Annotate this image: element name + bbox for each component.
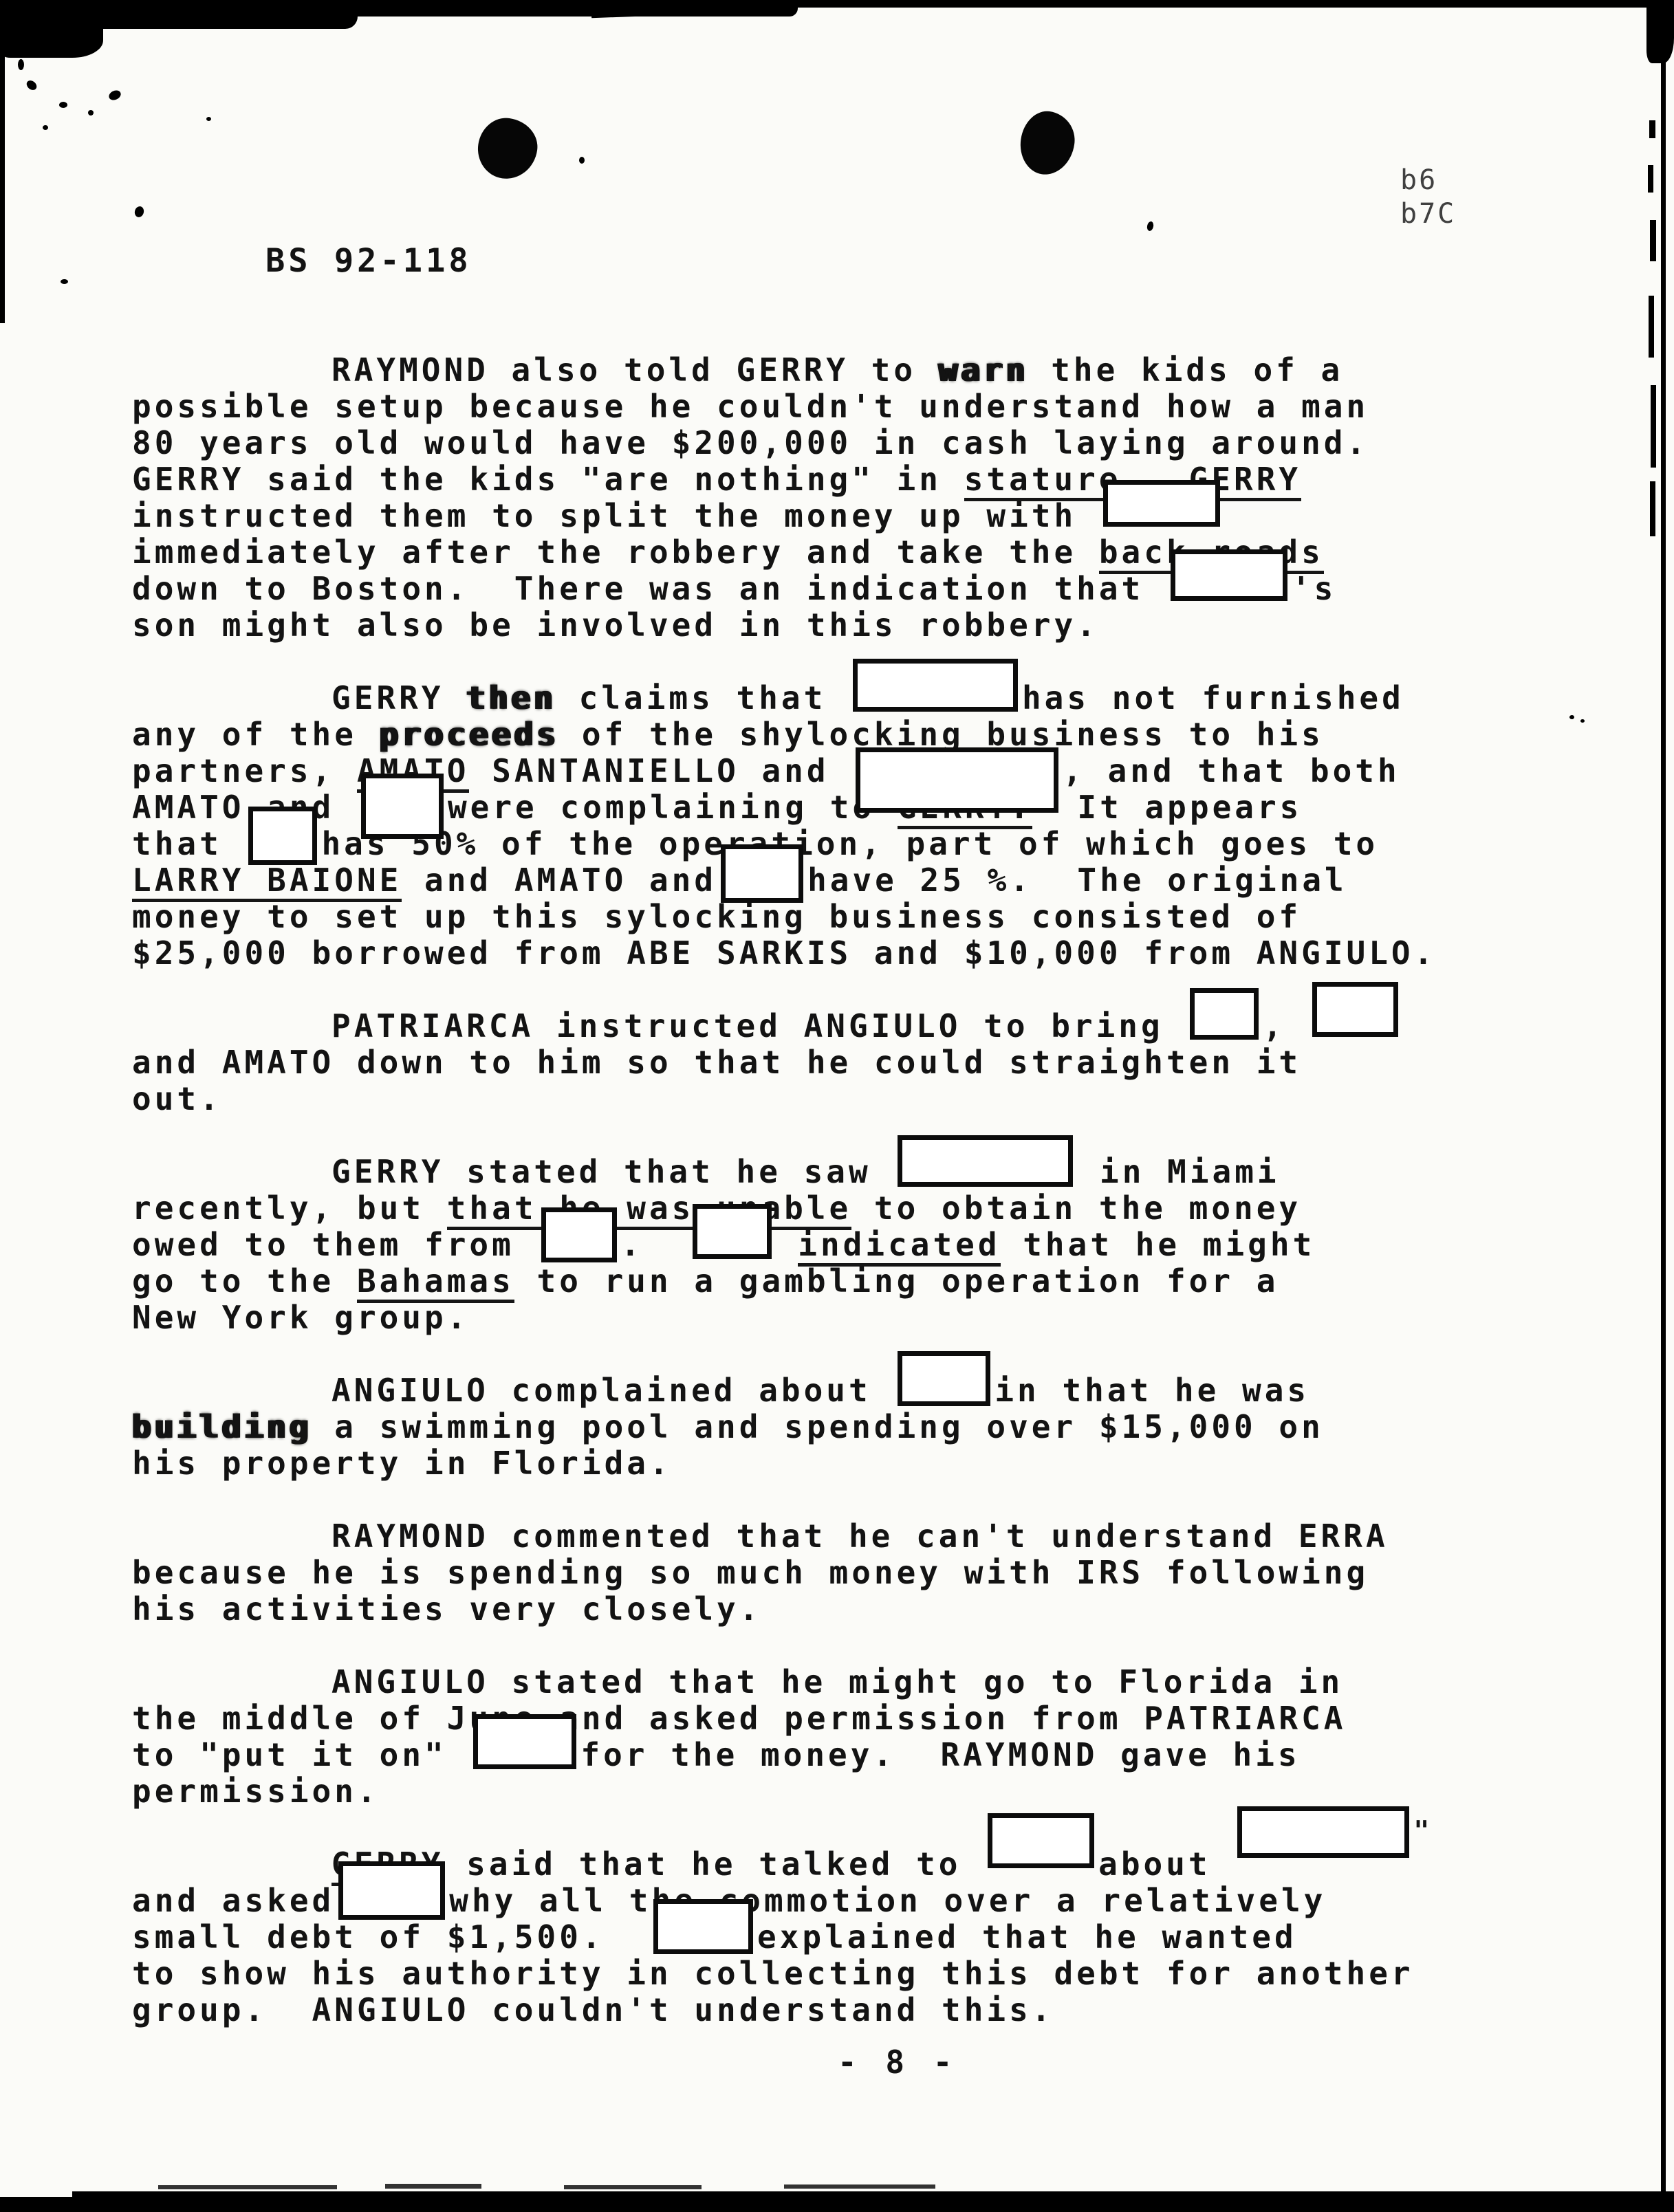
text-line: recently, but that he was unable to obta…: [132, 1190, 1549, 1227]
scan-speckle: [206, 117, 211, 121]
text-run: were complaining to: [448, 789, 898, 826]
text-run: ANGIULO complained about: [331, 1372, 893, 1409]
text-run: GERRY: [331, 679, 466, 716]
scan-edge-left: [0, 0, 5, 323]
text-run: New York group.: [132, 1299, 469, 1336]
file-number: BS 92-118: [265, 242, 472, 280]
text-line: RAYMOND also told GERRY to warn the kids…: [132, 352, 1549, 388]
redaction-box: [1237, 1874, 1409, 1875]
text-run: to run a gambling operation for a: [514, 1262, 1279, 1300]
text-run: out.: [132, 1080, 222, 1117]
smudged-text: then: [466, 679, 556, 716]
scan-speckle: [43, 125, 48, 130]
text-run: GERRY stated that he saw: [331, 1153, 893, 1190]
text-run: 80 years old would have $200,000 in cash…: [132, 424, 1369, 461]
text-line: AMATO and were complaining to GERRY. It …: [132, 789, 1549, 826]
text-run: in Miami: [1077, 1153, 1279, 1190]
text-run: because he is spending so much money wit…: [132, 1554, 1369, 1591]
text-line: possible setup because he couldn't under…: [132, 388, 1549, 425]
text-line: money to set up this sylocking business …: [132, 899, 1549, 935]
paragraph: GERRY said that he talked to about "and …: [132, 1846, 1549, 2028]
text-run: to obtain the money: [851, 1190, 1301, 1227]
text-run: explained that he wanted: [757, 1918, 1297, 1956]
text-run: It appears: [1032, 789, 1302, 826]
scan-edge-right: [1651, 385, 1656, 468]
text-run: .: [621, 1226, 688, 1263]
underlined-text: LARRY BAIONE: [132, 862, 402, 902]
classification-codes: b6 b7C: [1400, 164, 1456, 231]
redaction-box: [856, 781, 1058, 782]
text-run: his activities very closely.: [132, 1590, 761, 1628]
text-run: money to set up this sylocking business …: [132, 898, 1301, 935]
text-line: RAYMOND commented that he can't understa…: [132, 1518, 1549, 1555]
text-line: owed to them from . indicated that he mi…: [132, 1227, 1549, 1263]
text-run: [776, 1226, 798, 1263]
text-run: claims that: [556, 679, 849, 716]
text-line: any of the proceeds of the shylocking bu…: [132, 716, 1549, 753]
redaction-box: [693, 1255, 772, 1256]
text-run: , and that both: [1063, 752, 1400, 789]
text-line: son might also be involved in this robbe…: [132, 607, 1549, 644]
scan-speckle: [1580, 719, 1585, 723]
text-line: small debt of $1,500. explained that he …: [132, 1919, 1549, 1956]
scan-edge-bottom: [385, 2184, 481, 2189]
text-run: immediately after the robbery and take t…: [132, 534, 1099, 571]
underlined-text: that he was unable: [447, 1190, 852, 1230]
text-run: have 25 %. The original: [807, 862, 1347, 899]
text-run: for the money. RAYMOND gave his: [580, 1736, 1300, 1773]
text-run: RAYMOND also told GERRY to: [331, 351, 939, 388]
scan-speckle: [107, 89, 122, 102]
scan-edge-right: [1650, 481, 1655, 536]
scan-speckle: [18, 59, 24, 70]
redaction-box: [1103, 526, 1220, 527]
redaction-box: [1312, 1036, 1398, 1037]
text-line: instructed them to split the money up wi…: [132, 498, 1549, 534]
classification-code-b7c: b7C: [1400, 197, 1456, 231]
redaction-box: [721, 890, 803, 891]
text-line: and askedwhy all the commotion over a re…: [132, 1883, 1549, 1919]
redaction-box: [853, 708, 1018, 709]
text-line: and AMATO down to him so that he could s…: [132, 1044, 1549, 1081]
text-line: 80 years old would have $200,000 in cash…: [132, 425, 1549, 461]
paragraph: PATRIARCA instructed ANGIULO to bring , …: [132, 1008, 1549, 1117]
scan-edge-top: [591, 10, 640, 18]
text-run: has not furnished: [1022, 679, 1404, 716]
scan-edge-right: [1646, 0, 1674, 63]
scan-edge-top: [0, 0, 103, 58]
text-run: why all the commotion over a relatively: [449, 1882, 1326, 1919]
page-number: - 8 -: [838, 2044, 957, 2081]
scan-speckle: [579, 157, 585, 164]
text-run: GERRY said the kids "are nothing" in: [132, 461, 964, 498]
redaction-box: [653, 1947, 753, 1948]
text-run: owed to them from: [132, 1226, 537, 1263]
text-run: down to Boston. There was an indication …: [132, 570, 1166, 607]
scan-edge-right: [1649, 296, 1654, 358]
text-run: in that he was: [994, 1372, 1309, 1409]
scanned-document-page: b6 b7C BS 92-118 RAYMOND also told GERRY…: [0, 0, 1674, 2212]
text-line: his activities very closely.: [132, 1591, 1549, 1628]
text-run: recently, but: [132, 1190, 447, 1227]
text-run: the kids of a: [1029, 351, 1344, 388]
scan-edge-right: [1650, 220, 1656, 261]
scan-edge-right: [1649, 120, 1655, 138]
paragraph: GERRY then claims that has not furnished…: [132, 680, 1549, 972]
text-run: a swimming pool and spending over $15,00…: [312, 1408, 1324, 1445]
redaction-box: [898, 1182, 1073, 1183]
text-line: his property in Florida.: [132, 1445, 1549, 1482]
underlined-text: Bahamas: [357, 1262, 514, 1303]
scan-edge-right: [1648, 165, 1653, 193]
scan-edge-bottom: [784, 2184, 935, 2189]
text-line: PATRIARCA instructed ANGIULO to bring ,: [132, 1008, 1549, 1044]
text-run: the middle of June and asked permission …: [132, 1700, 1347, 1737]
text-run: and asked: [132, 1882, 334, 1919]
redaction-box: [338, 1911, 445, 1912]
scan-speckle: [61, 279, 68, 284]
paragraph: RAYMOND commented that he can't understa…: [132, 1518, 1549, 1628]
text-line: to "put it on" for the money. RAYMOND ga…: [132, 1737, 1549, 1773]
classification-code-b6: b6: [1400, 164, 1456, 197]
scan-speckle: [1146, 221, 1155, 232]
text-line: out.: [132, 1081, 1549, 1117]
paragraph: GERRY stated that he saw in Miamirecentl…: [132, 1154, 1549, 1336]
text-run: SANTANIELLO and: [469, 752, 851, 789]
smudged-text: warn: [939, 351, 1029, 388]
redaction-box: [1190, 1036, 1259, 1037]
scan-edge-bottom: [72, 2191, 1674, 2198]
paragraph: RAYMOND also told GERRY to warn the kids…: [132, 352, 1549, 644]
text-run: that he might: [1001, 1226, 1316, 1263]
text-run: AMATO and: [132, 789, 357, 826]
hole-punch-mark: [1017, 108, 1078, 178]
text-run: ANGIULO stated that he might go to Flori…: [331, 1663, 1343, 1700]
text-run: any of the: [132, 716, 380, 753]
document-body: RAYMOND also told GERRY to warn the kids…: [132, 352, 1549, 2065]
redaction-box: [361, 818, 444, 818]
text-run: go to the: [132, 1262, 357, 1300]
hole-punch-mark: [474, 114, 541, 182]
scan-speckle: [25, 78, 39, 91]
text-line: ANGIULO stated that he might go to Flori…: [132, 1664, 1549, 1700]
text-run: to show his authority in collecting this…: [132, 1955, 1414, 1992]
scan-speckle: [59, 102, 67, 108]
text-line: LARRY BAIONE and AMATO andhave 25 %. The…: [132, 862, 1549, 899]
text-line: GERRY then claims that has not furnished: [132, 680, 1549, 716]
text-line: that has 50% of the operation, part of w…: [132, 826, 1549, 862]
text-line: GERRY stated that he saw in Miami: [132, 1154, 1549, 1190]
paragraph: ANGIULO stated that he might go to Flori…: [132, 1664, 1549, 1810]
text-line: group. ANGIULO couldn't understand this.: [132, 1992, 1549, 2028]
text-run: group. ANGIULO couldn't understand this.: [132, 1991, 1054, 2028]
scan-speckle: [1569, 715, 1574, 719]
text-line: immediately after the robbery and take t…: [132, 534, 1549, 571]
redaction-box: [1171, 599, 1287, 600]
redaction-box: [248, 854, 317, 855]
scan-edge-right: [1661, 41, 1666, 2212]
text-line: down to Boston. There was an indication …: [132, 571, 1549, 607]
redaction-box: [473, 1765, 576, 1766]
smudged-text: building: [132, 1408, 312, 1445]
text-run: has 50% of the operation, part of which …: [321, 825, 1378, 862]
redaction-box: [898, 1401, 990, 1401]
scan-speckle: [88, 110, 94, 116]
smudged-text: proceeds: [380, 716, 560, 753]
scan-speckle: [133, 206, 145, 219]
text-line: permission.: [132, 1773, 1549, 1810]
text-line: partners, AMATO SANTANIELLO and , and th…: [132, 753, 1549, 789]
stray-quote-mark: ": [1413, 1815, 1433, 1846]
text-run: that: [132, 825, 244, 862]
scan-edge-bottom: [158, 2185, 337, 2189]
text-run: 's: [1292, 570, 1336, 607]
text-run: PATRIARCA instructed ANGIULO to bring: [331, 1007, 1186, 1044]
paragraph: ANGIULO complained about in that he wasb…: [132, 1372, 1549, 1482]
text-run: and AMATO down to him so that he could s…: [132, 1044, 1301, 1081]
text-line: GERRY said the kids "are nothing" in sta…: [132, 461, 1549, 498]
text-line: the middle of June and asked permission …: [132, 1700, 1549, 1737]
text-run: small debt of $1,500.: [132, 1918, 649, 1956]
text-run: and AMATO and: [402, 862, 717, 899]
text-run: his property in Florida.: [132, 1445, 672, 1482]
text-run: said that he talked to: [444, 1846, 983, 1883]
scan-edge-bottom: [564, 2185, 702, 2189]
underlined-text: indicated: [798, 1226, 1000, 1267]
text-line: ANGIULO complained about in that he was: [132, 1372, 1549, 1409]
text-line: $25,000 borrowed from ABE SARKIS and $10…: [132, 935, 1549, 972]
text-run: to "put it on": [132, 1736, 469, 1773]
text-run: instructed them to split the money up wi…: [132, 497, 1099, 534]
redaction-box: [988, 1874, 1094, 1875]
scan-edge-bottom: [0, 2197, 1674, 2212]
text-line: building a swimming pool and spending ov…: [132, 1409, 1549, 1445]
text-run: permission.: [132, 1773, 380, 1810]
text-line: go to the Bahamas to run a gambling oper…: [132, 1263, 1549, 1300]
text-run: possible setup because he couldn't under…: [132, 388, 1369, 425]
text-run: RAYMOND commented that he can't understa…: [331, 1518, 1389, 1555]
text-run: partners,: [132, 752, 357, 789]
text-run: about: [1098, 1846, 1233, 1883]
text-run: son might also be involved in this robbe…: [132, 606, 1099, 644]
text-run: $25,000 borrowed from ABE SARKIS and $10…: [132, 934, 1436, 972]
text-run: ,: [1263, 1007, 1307, 1044]
redaction-box: [541, 1255, 617, 1256]
text-line: to show his authority in collecting this…: [132, 1956, 1549, 1992]
text-line: New York group.: [132, 1300, 1549, 1336]
text-line: because he is spending so much money wit…: [132, 1555, 1549, 1591]
